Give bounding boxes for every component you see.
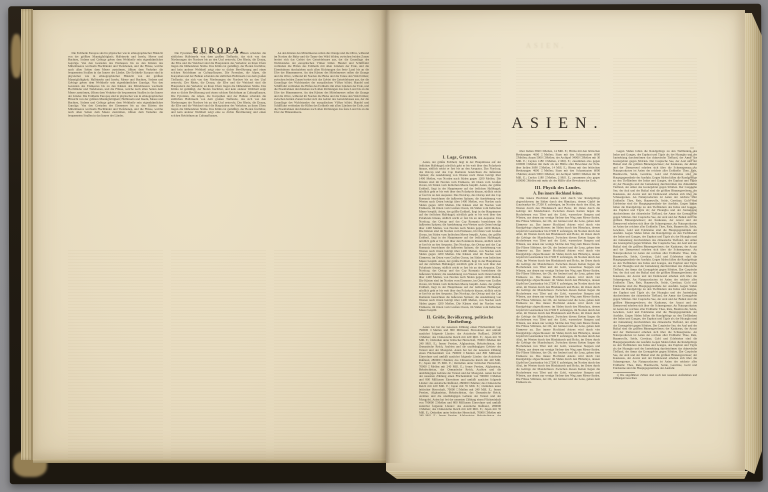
section-heading-lage-grenzen: I. Lage, Grenzen. — [419, 155, 501, 160]
section-heading-groesse-line2: Eintheilung. — [419, 320, 501, 325]
page-stack-fore-edge — [745, 13, 762, 474]
paragraph: über Indien 3690 □Meilen, 14 Mill. E.; B… — [516, 150, 600, 183]
paragraph: Gegen Süden fallen die Randgebirge zu de… — [613, 150, 697, 370]
page-stack-edge-bottom-left — [33, 459, 386, 463]
chapter-title: ASIEN. — [419, 115, 697, 133]
paragraph: An den Küsten des Mittelmeeres reifen di… — [274, 52, 369, 114]
left-page: EUROPA. Die Erdtheile Europas sind in ph… — [33, 10, 386, 459]
right-page: ASIEN. ASIEN. I. Lage, Grenzen. Asien, d… — [386, 10, 745, 471]
paragraph: Die Erdtheile Europas sind in physischer… — [68, 52, 163, 118]
right-column-1: I. Lage, Grenzen. Asien, der größte Erdt… — [419, 150, 501, 416]
paragraph: Das innere Hochland Asiens wird durch vi… — [516, 197, 600, 384]
section-heading-physik: III. Physik des Landes. — [516, 185, 600, 190]
paragraph: Asien, der größte Erdtheil, liegt in der… — [419, 161, 501, 312]
section-subheading-hochland: A. Das innere Hochland Asiens. — [516, 191, 600, 195]
show-through-band — [171, 250, 266, 462]
right-page-ghost-header: ASIEN. — [517, 42, 575, 50]
left-column-3: An den Küsten des Mittelmeeres reifen di… — [274, 52, 369, 136]
title-rule — [550, 140, 567, 141]
paragraph: Asien hat bei der neuesten Zählung einen… — [419, 326, 501, 416]
footnote-rule — [613, 372, 635, 373]
margin-ghost-mark — [690, 147, 694, 219]
right-column-2: über Indien 3690 □Meilen, 14 Mill. E.; B… — [516, 150, 600, 416]
show-through-band — [274, 250, 369, 462]
show-through-band — [68, 250, 163, 462]
right-column-3: Gegen Süden fallen die Randgebirge zu de… — [613, 150, 697, 426]
page-stack-edge-bottom-right — [386, 471, 748, 479]
left-column-1: Die Erdtheile Europas sind in physischer… — [68, 52, 163, 136]
left-column-2: Die Pyrenäen, die Alpen, die Karpathen u… — [171, 52, 266, 136]
page-stack-edge-left — [21, 9, 33, 460]
footnote: 1) Die angeführten Zahlen sind nach den … — [613, 374, 697, 380]
paragraph: Die Pyrenäen, die Alpen, die Karpathen u… — [171, 52, 266, 118]
screenshot-root: { "left_page": { "header": "EUROPA.", "c… — [0, 0, 768, 492]
